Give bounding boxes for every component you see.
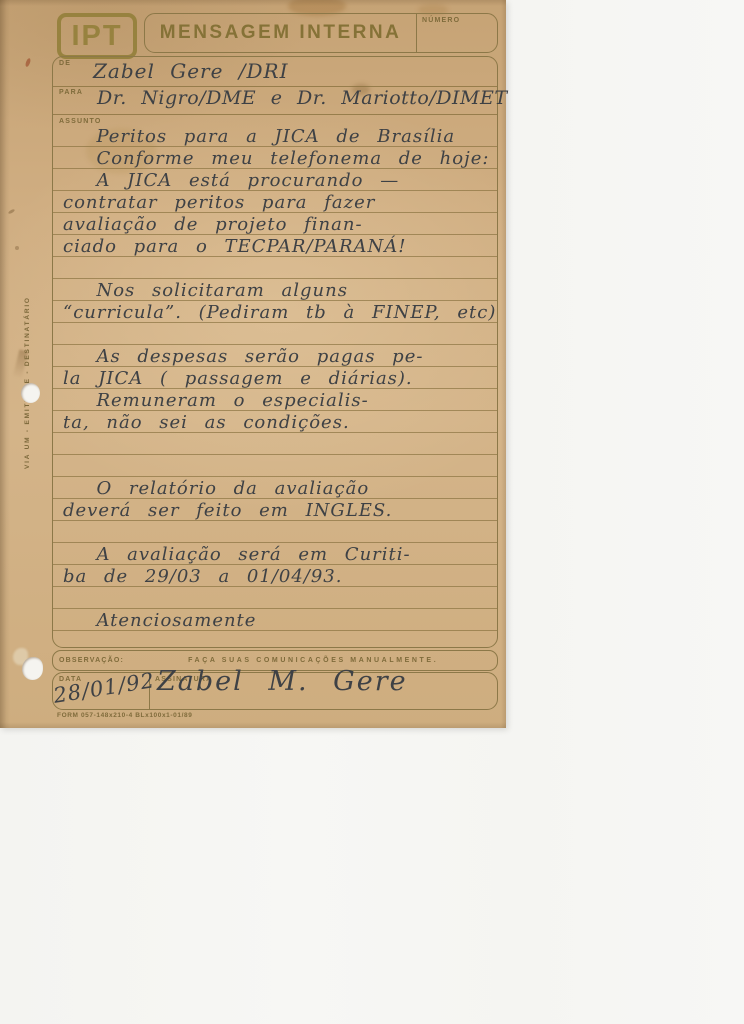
message-line: avaliação de projeto finan-: [53, 213, 497, 235]
message-line: Atenciosamente: [53, 609, 497, 631]
message-line: “curricula”. (Pediram tb à FINEP, etc): [53, 301, 497, 323]
assunto-label: ASSUNTO: [59, 118, 102, 125]
message-line: [53, 323, 497, 345]
message-line: Peritos para a JICA de Brasília: [53, 125, 497, 147]
message-line: deverá ser feito em INGLES.: [53, 499, 497, 521]
message-line: O relatório da avaliação: [53, 477, 497, 499]
assinatura-field-cell: ASSINATURA Zabel M. Gere: [149, 673, 497, 709]
paper-edge-shadow: [501, 0, 506, 728]
signature-handwriting: Zabel M. Gere: [157, 666, 408, 697]
message-line: A avaliação será em Curiti-: [53, 543, 497, 565]
message-line: ba de 29/03 a 01/04/93.: [53, 565, 497, 587]
message-line: contratar peritos para fazer: [53, 191, 497, 213]
paper-edge-shadow: [0, 722, 506, 728]
message-line: ta, não sei as condições.: [53, 411, 497, 433]
message-line: Remuneram o especialis-: [53, 389, 497, 411]
signature-box: DATA 28/01/92 ASSINATURA Zabel M. Gere: [52, 672, 498, 710]
ipt-logo: IPT: [57, 13, 137, 59]
message-line: la JICA ( passagem e diárias).: [53, 367, 497, 389]
de-field-row: DE Zabel Gere /DRI: [53, 57, 497, 87]
observacao-label: OBSERVAÇÃO:: [59, 657, 124, 664]
message-form-box: DE Zabel Gere /DRI PARA Dr. Nigro/DME e …: [52, 56, 498, 648]
memo-paper: VIA UM - EMITENTE - DESTINATÁRIO IPT MEN…: [0, 0, 506, 728]
paper-edge-shadow: [0, 0, 506, 6]
punch-hole: [22, 657, 43, 680]
date-handwriting: 28/01/92: [52, 668, 157, 708]
via-routing-label: VIA UM - EMITENTE - DESTINATÁRIO: [24, 264, 31, 469]
message-line: [53, 433, 497, 455]
para-value-handwriting: Dr. Nigro/DME e Dr. Mariotto/DIMET: [97, 87, 508, 109]
ipt-logo-text: IPT: [71, 22, 122, 51]
data-field-cell: DATA 28/01/92: [53, 673, 150, 709]
message-body: Peritos para a JICA de Brasília Conforme…: [53, 125, 497, 645]
message-line: [53, 521, 497, 543]
form-number: FORM 057-148x210-4 BLx100x1-01/89: [57, 712, 192, 719]
para-label: PARA: [59, 89, 83, 96]
paper-edge-shadow: [0, 0, 10, 728]
message-line: Nos solicitaram alguns: [53, 279, 497, 301]
message-line: As despesas serão pagas pe-: [53, 345, 497, 367]
message-line: ciado para o TECPAR/PARANÁ!: [53, 235, 497, 257]
de-label: DE: [59, 60, 71, 67]
paper-speck: [25, 58, 32, 68]
form-title-cell: MENSAGEM INTERNA: [145, 14, 416, 52]
de-value-handwriting: Zabel Gere /DRI: [93, 59, 289, 83]
message-line: [53, 455, 497, 477]
observacao-text: FAÇA SUAS COMUNICAÇÕES MANUALMENTE.: [188, 657, 438, 664]
message-line: Conforme meu telefonema de hoje:: [53, 147, 497, 169]
form-title: MENSAGEM INTERNA: [160, 22, 402, 44]
numero-label: NÚMERO: [422, 17, 460, 24]
paper-speck: [15, 246, 19, 250]
form-header-box: MENSAGEM INTERNA NÚMERO: [144, 13, 498, 53]
punch-hole: [21, 383, 40, 403]
message-line: [53, 257, 497, 279]
message-line: [53, 587, 497, 609]
message-line: A JICA está procurando —: [53, 169, 497, 191]
numero-box: NÚMERO: [416, 14, 497, 52]
para-field-row: PARA Dr. Nigro/DME e Dr. Mariotto/DIMET: [53, 86, 497, 115]
